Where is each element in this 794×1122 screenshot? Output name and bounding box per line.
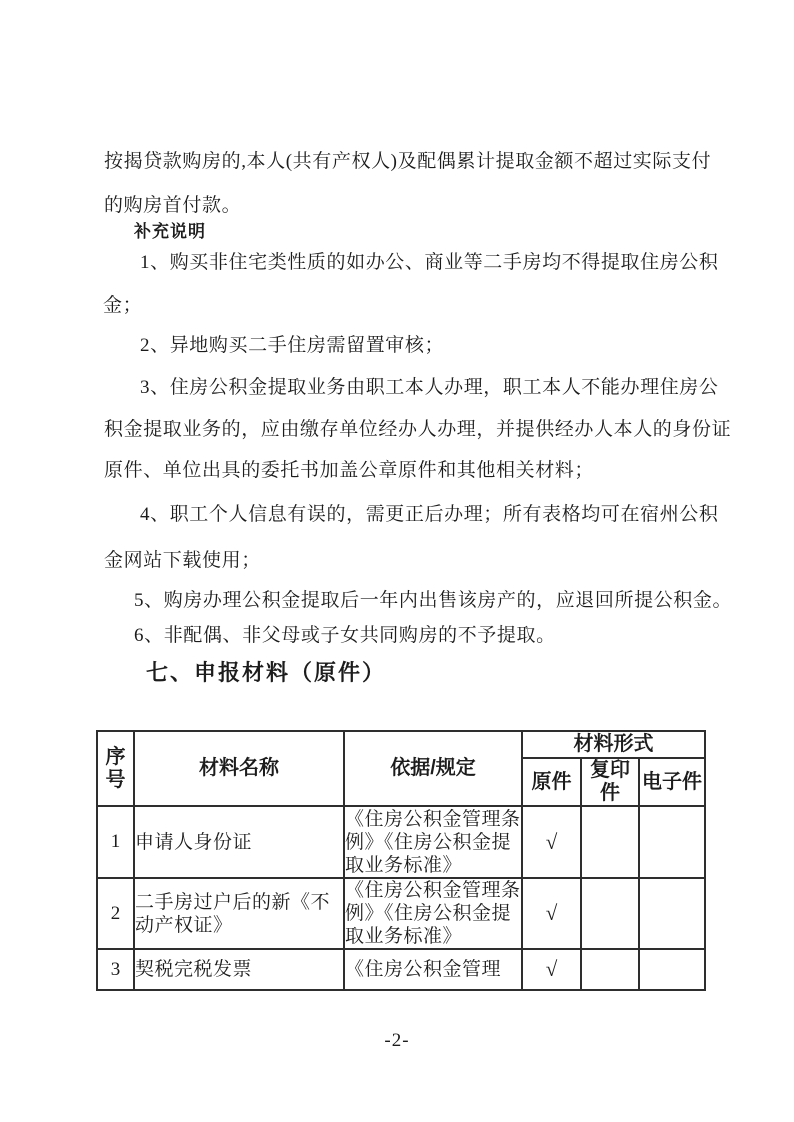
cell-copy <box>581 806 639 878</box>
note-line: 4、职工个人信息有误的，需更正后办理；所有表格均可在宿州公积 <box>140 499 719 526</box>
cell-seq: 1 <box>97 806 134 878</box>
cell-name: 申请人身份证 <box>134 806 344 878</box>
note-line: 2、异地购买二手住房需留置审核； <box>140 330 444 357</box>
col-header-basis: 依据/规定 <box>344 731 522 806</box>
col-header-format-group: 材料形式 <box>522 731 705 758</box>
note-line: 5、购房办理公积金提取后一年内出售该房产的，应退回所提公积金。 <box>134 585 732 612</box>
cell-copy <box>581 878 639 949</box>
materials-table: 序号 材料名称 依据/规定 材料形式 原件 复印件 电子件 1 申请人身份证 《… <box>96 730 706 991</box>
cell-basis: 《住房公积金管理条例》《住房公积金提取业务标准》 <box>344 878 522 949</box>
document-page: 按揭贷款购房的,本人(共有产权人)及配偶累计提取金额不超过实际支付 的购房首付款… <box>0 0 794 1122</box>
page-number: -2- <box>0 1030 794 1052</box>
note-line: 3、住房公积金提取业务由职工本人办理，职工本人不能办理住房公 <box>140 372 719 399</box>
cell-original-checkmark: √ <box>522 878 581 949</box>
note-line: 6、非配偶、非父母或子女共同购房的不予提取。 <box>134 620 556 647</box>
note-line: 1、购买非住宅类性质的如办公、商业等二手房均不得提取住房公积 <box>140 247 719 274</box>
col-header-copy: 复印件 <box>581 758 639 806</box>
cell-copy <box>581 949 639 990</box>
note-line: 原件、单位出具的委托书加盖公章原件和其他相关材料； <box>104 455 594 482</box>
col-header-seq: 序号 <box>97 731 134 806</box>
cell-original-checkmark: √ <box>522 806 581 878</box>
table-row: 3 契税完税发票 《住房公积金管理 √ <box>97 949 705 990</box>
cell-electronic <box>639 878 705 949</box>
table-row: 2 二手房过户后的新《不动产权证》 《住房公积金管理条例》《住房公积金提取业务标… <box>97 878 705 949</box>
note-line: 积金提取业务的，应由缴存单位经办人办理，并提供经办人本人的身份证 <box>104 414 731 441</box>
section-heading-materials: 七、申报材料（原件） <box>146 656 386 687</box>
note-line: 金网站下载使用； <box>104 545 261 572</box>
cell-basis: 《住房公积金管理 <box>344 949 522 990</box>
cell-basis: 《住房公积金管理条例》《住房公积金提取业务标准》 <box>344 806 522 878</box>
cell-name: 契税完税发票 <box>134 949 344 990</box>
body-text-line: 的购房首付款。 <box>104 190 241 217</box>
table-row: 1 申请人身份证 《住房公积金管理条例》《住房公积金提取业务标准》 √ <box>97 806 705 878</box>
col-header-electronic: 电子件 <box>639 758 705 806</box>
col-header-original: 原件 <box>522 758 581 806</box>
cell-electronic <box>639 806 705 878</box>
supplement-notes-heading: 补充说明 <box>134 217 206 242</box>
note-line: 金； <box>103 290 142 317</box>
cell-seq: 2 <box>97 878 134 949</box>
cell-name: 二手房过户后的新《不动产权证》 <box>134 878 344 949</box>
col-header-name: 材料名称 <box>134 731 344 806</box>
cell-electronic <box>639 949 705 990</box>
cell-original-checkmark: √ <box>522 949 581 990</box>
cell-seq: 3 <box>97 949 134 990</box>
body-text-line: 按揭贷款购房的,本人(共有产权人)及配偶累计提取金额不超过实际支付 <box>104 146 711 173</box>
table-header-row: 序号 材料名称 依据/规定 材料形式 <box>97 731 705 758</box>
